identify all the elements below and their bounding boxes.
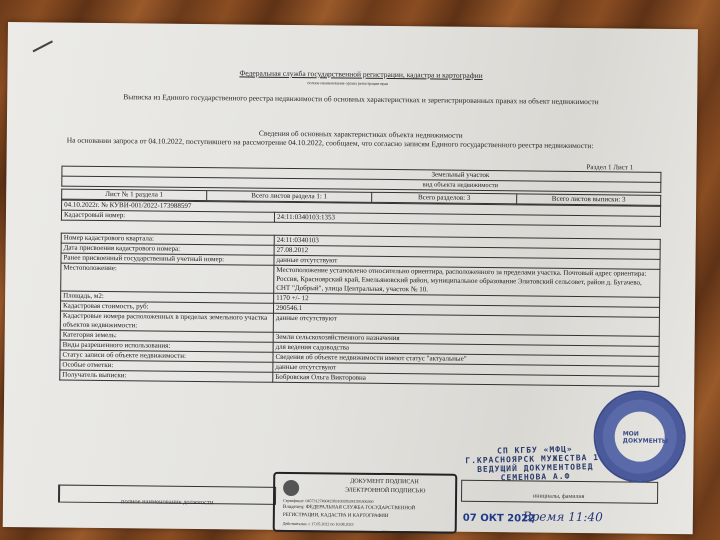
property-label: Кадастровые номера расположенных в преде… <box>60 311 273 332</box>
agency-name: Федеральная служба государственной регис… <box>239 68 482 80</box>
mfc-stamp: СП КГБУ «МФЦ» Г.КРАСНОЯРСК МУЖЕСТВА 10 В… <box>465 444 605 483</box>
property-value: Местоположение установлено относительно … <box>274 265 660 297</box>
validity: Действителен: с 17.05.2022 по 10.08.2023 <box>283 521 354 527</box>
signature-caption: инициалы, фамилия <box>533 494 584 501</box>
agency-caption: полное наименование органа регистрации п… <box>307 80 388 86</box>
owner: Владелец: ФЕДЕРАЛЬНАЯ СЛУЖБА ГОСУДАРСТВЕ… <box>283 505 415 511</box>
signature-field <box>461 480 658 504</box>
position-caption: полное наименование должности <box>121 498 213 506</box>
round-seal-icon: МОИ ДОКУМЕНТЫ <box>593 390 686 483</box>
extract-title: Выписка из Единого государственного реес… <box>123 92 599 106</box>
e-signature-title: ДОКУМЕНТ ПОДПИСАН <box>350 479 419 486</box>
basis-text: На основании запроса от 04.10.2022, пост… <box>67 136 594 151</box>
cadastral-number-label: Кадастровый номер: <box>61 210 274 222</box>
properties-table: Номер кадастрового квартала:24:11:034010… <box>59 233 661 387</box>
handwritten-time: Время 11:40 <box>523 509 603 524</box>
document-page: Федеральная служба государственной регис… <box>3 22 698 534</box>
e-signature-title2: ЭЛЕКТРОННОЙ ПОДПИСЬЮ <box>345 488 425 495</box>
e-signature-stamp: ДОКУМЕНТ ПОДПИСАН ЭЛЕКТРОННОЙ ПОДПИСЬЮ С… <box>273 472 458 534</box>
certificate: Сертификат: 0457312749042383109285281395… <box>283 498 374 504</box>
owner2: РЕГИСТРАЦИИ, КАДАСТРА И КАРТОГРАФИИ <box>283 513 389 519</box>
pen-mark <box>33 40 53 52</box>
seal-text: МОИ ДОКУМЕНТЫ <box>623 430 684 445</box>
emblem-icon <box>283 480 299 496</box>
property-label: Местоположение: <box>61 263 274 293</box>
property-label: Получатель выписки: <box>60 370 273 382</box>
